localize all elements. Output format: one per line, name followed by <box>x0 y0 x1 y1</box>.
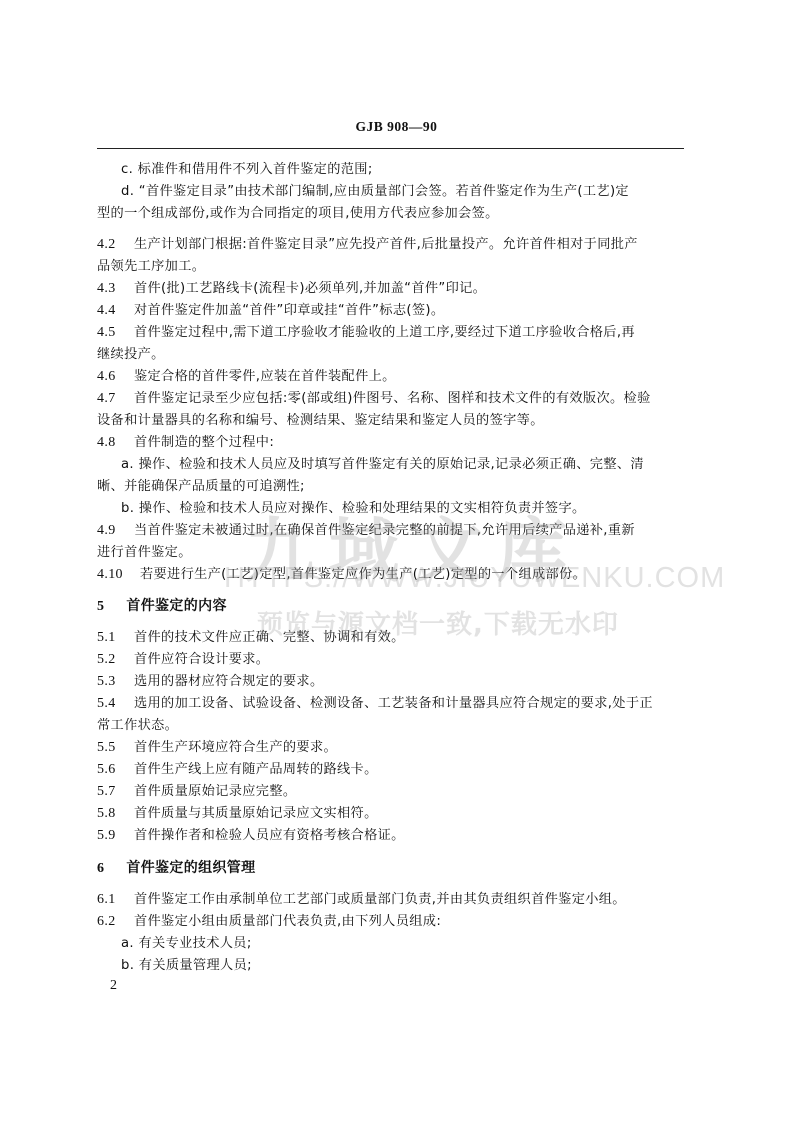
text-line: 晰、并能确保产品质量的可追溯性; <box>97 477 687 497</box>
clause-number: 6 <box>97 859 119 879</box>
clause-number: 6.2 <box>97 912 127 932</box>
standard-code-header: GJB 908—90 <box>0 119 793 135</box>
clause-text: 晰、并能确保产品质量的可追溯性; <box>97 479 305 494</box>
clause-line: 5.8 首件质量与其质量原始记录应文实相符。 <box>97 804 687 824</box>
clause-text: 生产计划部门根据:首件鉴定目录”应先投产首件,后批量投产。允许首件相对于同批产 <box>134 237 638 252</box>
clause-number: 5.8 <box>97 804 127 824</box>
clause-line: 4.7 首件鉴定记录至少应包括:零(部或组)件图号、名称、图样和技术文件的有效版… <box>97 389 687 409</box>
clause-text: 选用的加工设备、试验设备、检测设备、工艺装备和计量器具应符合规定的要求,处于正 <box>134 696 653 711</box>
clause-text: 首件生产环境应符合生产的要求。 <box>134 740 337 755</box>
clause-number: 4.6 <box>97 367 127 387</box>
clause-line: 4.6 鉴定合格的首件零件,应装在首件装配件上。 <box>97 367 687 387</box>
text-line: 继续投产。 <box>97 345 687 365</box>
text-line: b. 有关质量管理人员; <box>121 956 711 976</box>
clause-number: 4.10 <box>97 565 133 585</box>
clause-line: 4.4 对首件鉴定件加盖“首件”印章或挂“首件”标志(签)。 <box>97 301 687 321</box>
clause-number: 5.1 <box>97 628 127 648</box>
text-line: c. 标准件和借用件不列入首件鉴定的范围; <box>121 160 711 180</box>
clause-line: 5.5 首件生产环境应符合生产的要求。 <box>97 738 687 758</box>
header-rule <box>97 148 684 149</box>
text-line: 品领先工序加工。 <box>97 257 687 277</box>
clause-line: 4.2 生产计划部门根据:首件鉴定目录”应先投产首件,后批量投产。允许首件相对于… <box>97 235 687 255</box>
clause-text: c. 标准件和借用件不列入首件鉴定的范围; <box>121 162 373 177</box>
clause-text: 鉴定合格的首件零件,应装在首件装配件上。 <box>134 369 396 384</box>
clause-text: 首件生产线上应有随产品周转的路线卡。 <box>134 762 378 777</box>
clause-number: 5.7 <box>97 782 127 802</box>
clause-number: 5 <box>97 597 119 617</box>
clause-text: 首件鉴定过程中,需下道工序验收才能验收的上道工序,要经过下道工序验收合格后,再 <box>134 325 635 340</box>
clause-text: 对首件鉴定件加盖“首件”印章或挂“首件”标志(签)。 <box>134 303 444 318</box>
clause-text: a. 操作、检验和技术人员应及时填写首件鉴定有关的原始记录,记录必须正确、完整、… <box>121 457 644 472</box>
clause-text: 首件应符合设计要求。 <box>134 652 269 667</box>
clause-line: 5.4 选用的加工设备、试验设备、检测设备、工艺装备和计量器具应符合规定的要求,… <box>97 694 687 714</box>
clause-line: 5.1 首件的技术文件应正确、完整、协调和有效。 <box>97 628 687 648</box>
text-line: a. 有关专业技术人员; <box>121 934 711 954</box>
clause-text: 首件质量与其质量原始记录应文实相符。 <box>134 806 378 821</box>
text-line: 设备和计量器具的名称和编号、检测结果、鉴定结果和鉴定人员的签字等。 <box>97 411 687 431</box>
clause-text: 常工作状态。 <box>97 718 178 733</box>
clause-text: b. 操作、检验和技术人员应对操作、检验和处理结果的文实相符负责并签字。 <box>121 501 586 516</box>
clause-text: a. 有关专业技术人员; <box>121 936 252 951</box>
page-number: 2 <box>110 978 117 994</box>
clause-line: 5.3 选用的器材应符合规定的要求。 <box>97 672 687 692</box>
clause-text: 若要进行生产(工艺)定型,首件鉴定应作为生产(工艺)定型的一个组成部份。 <box>140 567 586 582</box>
clause-number: 4.9 <box>97 521 127 541</box>
clause-text: 首件鉴定小组由质量部门代表负责,由下列人员组成: <box>134 914 441 929</box>
clause-text: 首件鉴定工作由承制单位工艺部门或质量部门负责,并由其负责组织首件鉴定小组。 <box>134 892 626 907</box>
clause-text: 首件(批)工艺路线卡(流程卡)必须单列,并加盖“首件”印记。 <box>134 281 486 296</box>
clause-line: 4.5 首件鉴定过程中,需下道工序验收才能验收的上道工序,要经过下道工序验收合格… <box>97 323 687 343</box>
clause-line: 5.9 首件操作者和检验人员应有资格考核合格证。 <box>97 826 687 846</box>
clause-number: 6.1 <box>97 890 127 910</box>
clause-text: 首件鉴定的内容 <box>126 598 226 614</box>
clause-number: 5.2 <box>97 650 127 670</box>
document-page: GJB 908—90 c. 标准件和借用件不列入首件鉴定的范围;d. “首件鉴定… <box>0 0 793 1122</box>
section-heading: 5 首件鉴定的内容 <box>97 596 687 617</box>
clause-line: 4.10 若要进行生产(工艺)定型,首件鉴定应作为生产(工艺)定型的一个组成部份… <box>97 565 687 585</box>
clause-text: 首件操作者和检验人员应有资格考核合格证。 <box>134 828 405 843</box>
text-line: 常工作状态。 <box>97 716 687 736</box>
clause-text: d. “首件鉴定目录”由技术部门编制,应由质量部门会签。若首件鉴定作为生产(工艺… <box>121 184 629 199</box>
clause-number: 5.5 <box>97 738 127 758</box>
clause-number: 4.7 <box>97 389 127 409</box>
clause-text: b. 有关质量管理人员; <box>121 958 252 973</box>
clause-line: 5.6 首件生产线上应有随产品周转的路线卡。 <box>97 760 687 780</box>
clause-text: 进行首件鉴定。 <box>97 545 192 560</box>
clause-text: 选用的器材应符合规定的要求。 <box>134 674 324 689</box>
clause-text: 品领先工序加工。 <box>97 259 205 274</box>
clause-text: 当首件鉴定未被通过时,在确保首件鉴定纪录完整的前提下,允许用后续产品递补,重新 <box>134 523 635 538</box>
clause-text: 设备和计量器具的名称和编号、检测结果、鉴定结果和鉴定人员的签字等。 <box>97 413 544 428</box>
clause-line: 6.2 首件鉴定小组由质量部门代表负责,由下列人员组成: <box>97 912 687 932</box>
clause-text: 首件鉴定记录至少应包括:零(部或组)件图号、名称、图样和技术文件的有效版次。检验 <box>134 391 651 406</box>
text-line: 进行首件鉴定。 <box>97 543 687 563</box>
clause-number: 4.2 <box>97 235 127 255</box>
clause-line: 4.3 首件(批)工艺路线卡(流程卡)必须单列,并加盖“首件”印记。 <box>97 279 687 299</box>
clause-number: 5.6 <box>97 760 127 780</box>
clause-text: 继续投产。 <box>97 347 165 362</box>
section-heading: 6 首件鉴定的组织管理 <box>97 858 687 879</box>
clause-line: 6.1 首件鉴定工作由承制单位工艺部门或质量部门负责,并由其负责组织首件鉴定小组… <box>97 890 687 910</box>
clause-line: 5.7 首件质量原始记录应完整。 <box>97 782 687 802</box>
clause-number: 4.8 <box>97 433 127 453</box>
clause-number: 4.3 <box>97 279 127 299</box>
clause-number: 5.9 <box>97 826 127 846</box>
text-line: 型的一个组成部份,或作为合同指定的项目,使用方代表应参加会签。 <box>97 204 687 224</box>
clause-line: 4.8 首件制造的整个过程中: <box>97 433 687 453</box>
clause-text: 首件质量原始记录应完整。 <box>134 784 296 799</box>
text-line: a. 操作、检验和技术人员应及时填写首件鉴定有关的原始记录,记录必须正确、完整、… <box>121 455 711 475</box>
text-line: b. 操作、检验和技术人员应对操作、检验和处理结果的文实相符负责并签字。 <box>121 499 711 519</box>
text-line: d. “首件鉴定目录”由技术部门编制,应由质量部门会签。若首件鉴定作为生产(工艺… <box>121 182 711 202</box>
clause-line: 4.9 当首件鉴定未被通过时,在确保首件鉴定纪录完整的前提下,允许用后续产品递补… <box>97 521 687 541</box>
clause-text: 型的一个组成部份,或作为合同指定的项目,使用方代表应参加会签。 <box>97 206 499 221</box>
clause-number: 5.3 <box>97 672 127 692</box>
clause-text: 首件的技术文件应正确、完整、协调和有效。 <box>134 630 405 645</box>
clause-number: 4.4 <box>97 301 127 321</box>
clause-line: 5.2 首件应符合设计要求。 <box>97 650 687 670</box>
clause-text: 首件鉴定的组织管理 <box>126 860 255 876</box>
clause-text: 首件制造的整个过程中: <box>134 435 274 450</box>
clause-number: 5.4 <box>97 694 127 714</box>
clause-number: 4.5 <box>97 323 127 343</box>
